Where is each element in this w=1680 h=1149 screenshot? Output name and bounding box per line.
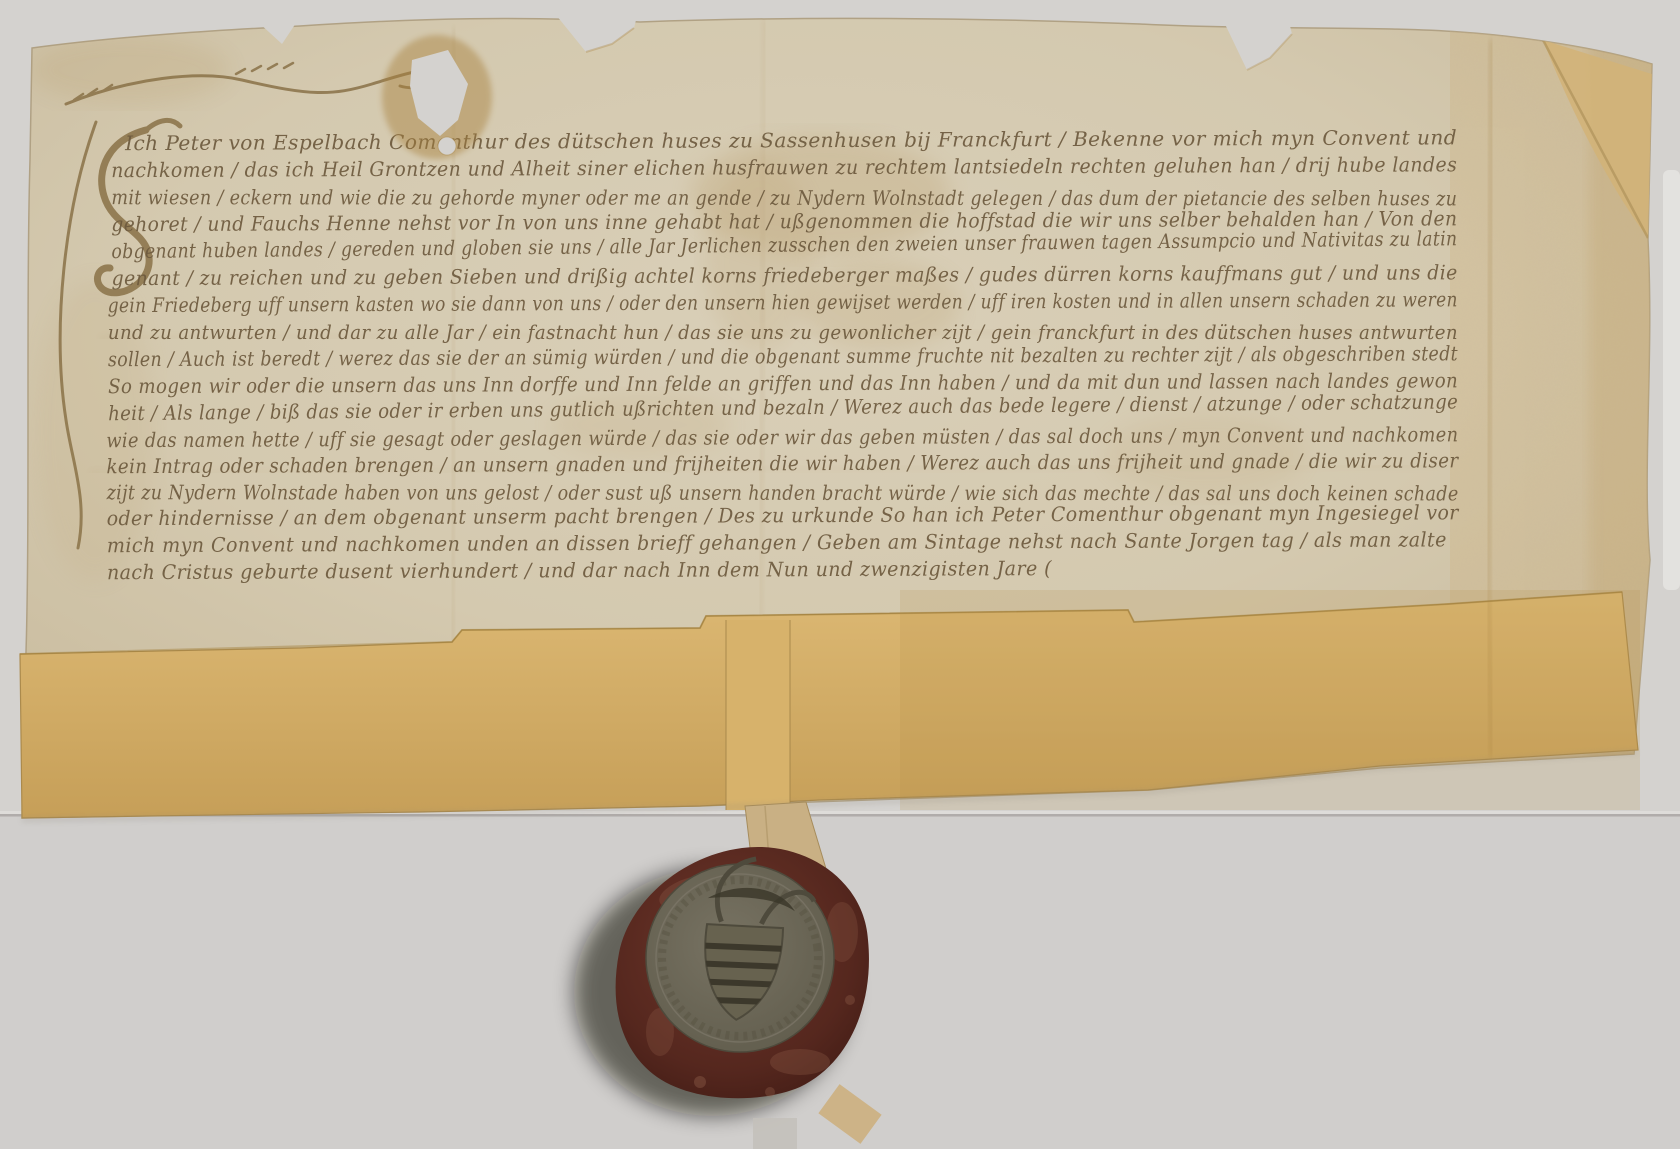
photographed-charter: Ich Peter von Espelbach Comenthur des dü…: [0, 0, 1680, 1149]
parchment-hole-small: [438, 137, 456, 155]
text-line: und zu antwurten / und dar zu alle Jar /…: [108, 320, 1458, 344]
text-line: nach Cristus geburte dusent vierhundert …: [107, 556, 1053, 584]
seal-tag-over-plica: [726, 620, 790, 810]
parchment: Ich Peter von Espelbach Comenthur des dü…: [20, 4, 1680, 820]
background-sliver: [1663, 170, 1680, 590]
manuscript-text: Ich Peter von Espelbach Comenthur des dü…: [104, 125, 1460, 584]
charter-photo: Ich Peter von Espelbach Comenthur des dü…: [0, 0, 1680, 1149]
tag-end-strip: [753, 1118, 797, 1149]
